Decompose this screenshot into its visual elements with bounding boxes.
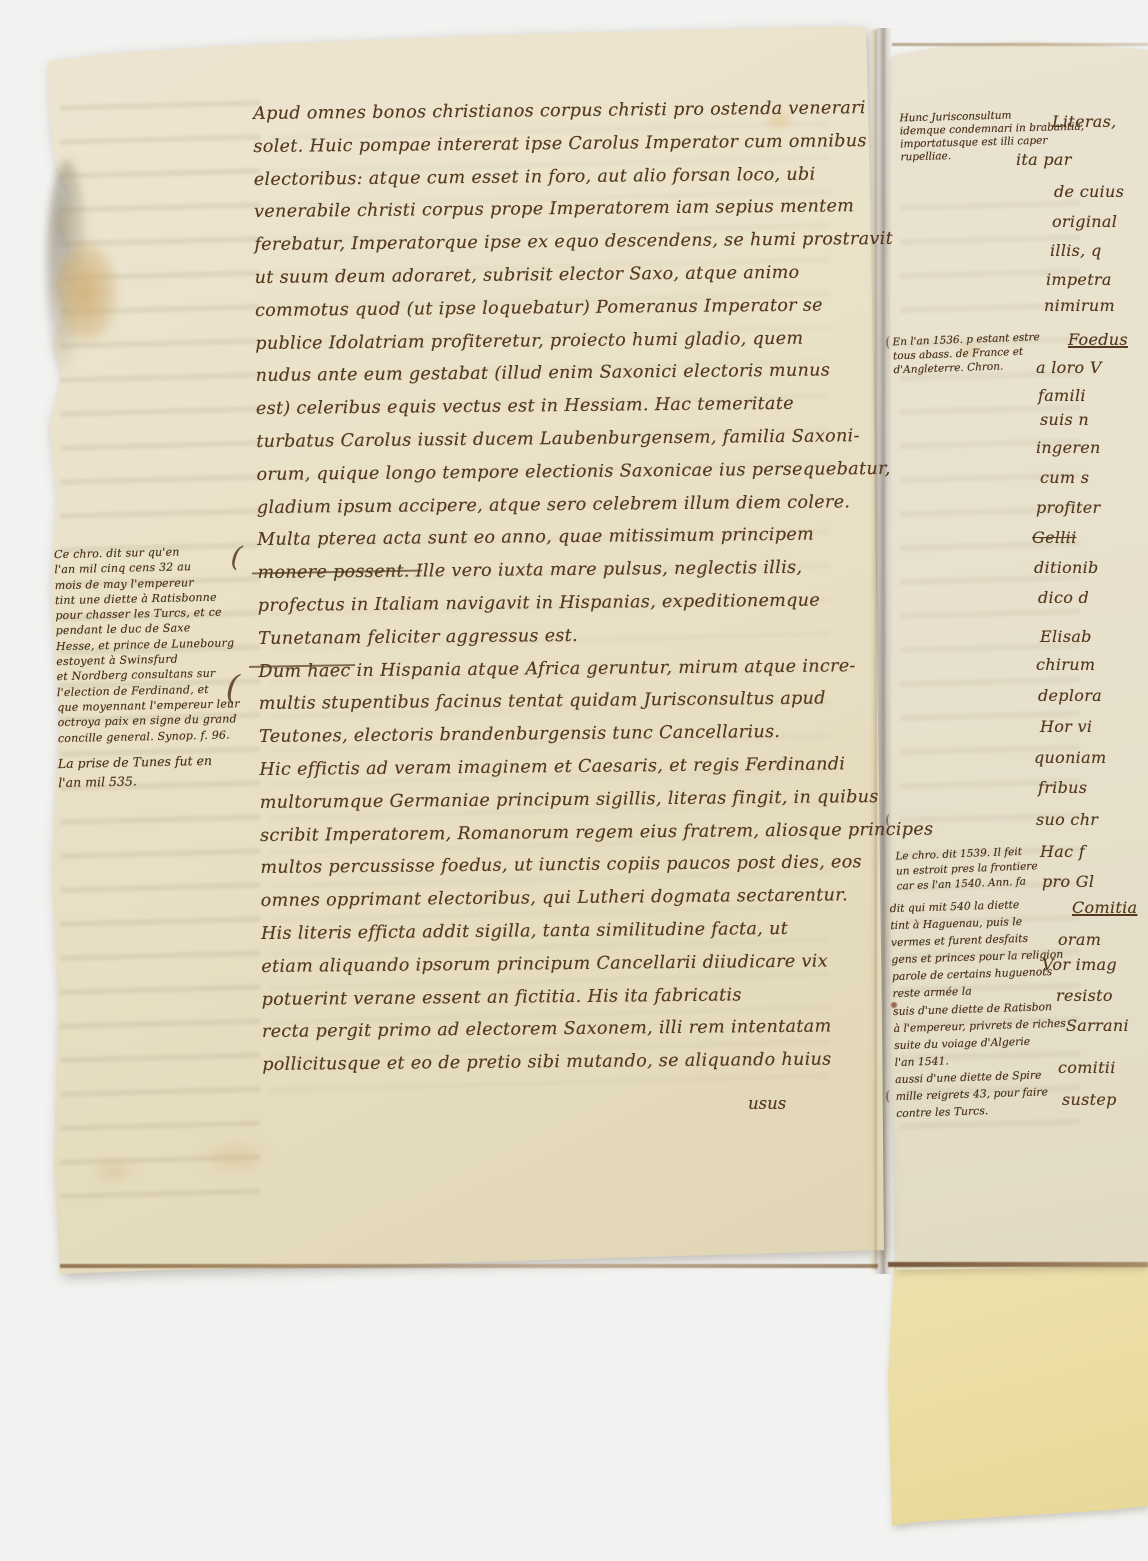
text-fragment: ingeren (1036, 438, 1101, 457)
text-fragment: oram (1058, 930, 1101, 949)
text-fragment: Foedus (1068, 330, 1128, 349)
text-fragment: ita par (1016, 150, 1072, 169)
text-fragment: Literas, (1052, 112, 1117, 131)
text-fragment: quoniam (1034, 748, 1106, 767)
text-fragment: ditionib (1034, 558, 1099, 577)
text-fragment: suis n (1040, 410, 1089, 429)
text-fragment: famili (1038, 386, 1086, 405)
text-fragment: Sarrani (1066, 1016, 1129, 1035)
text-fragment: original (1052, 212, 1117, 231)
text-fragment: illis, q (1050, 241, 1102, 260)
text-fragment: pro Gl (1042, 872, 1094, 891)
text-fragment: de cuius (1054, 182, 1124, 201)
manuscript-photo: Apud omnes bonos christianos corpus chri… (0, 0, 1148, 1561)
text-fragment: dico d (1038, 588, 1089, 607)
text-fragment: Comitia (1072, 898, 1137, 917)
text-fragment: impetra (1046, 270, 1112, 289)
text-fragment: deplora (1038, 686, 1102, 705)
text-fragment: suo chr (1036, 810, 1098, 829)
right-page-text-fragments: Literas,ita parde cuiusoriginalillis, qi… (0, 0, 1148, 1561)
text-fragment: fribus (1038, 778, 1087, 797)
text-fragment: Hor vi (1040, 717, 1092, 736)
text-fragment: comitii (1058, 1058, 1116, 1077)
text-fragment: Gellii (1032, 528, 1077, 547)
text-fragment: profiter (1036, 498, 1101, 517)
text-fragment: Elisab (1040, 627, 1092, 646)
text-fragment: a loro V (1036, 358, 1102, 377)
text-fragment: sustep (1062, 1090, 1117, 1109)
text-fragment: chirum (1036, 655, 1095, 674)
text-fragment: Hac f (1040, 842, 1085, 861)
text-fragment: cum s (1040, 468, 1089, 487)
text-fragment: nimirum (1044, 296, 1115, 315)
text-fragment: resisto (1056, 986, 1113, 1005)
text-fragment: Vor imag (1042, 955, 1117, 974)
